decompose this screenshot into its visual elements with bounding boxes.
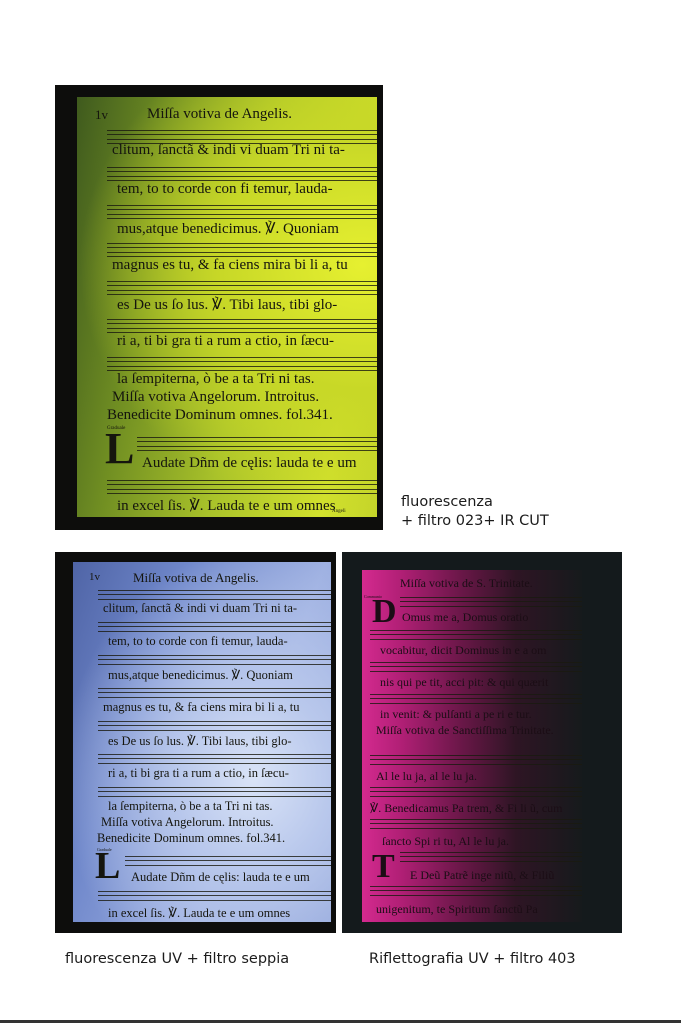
lyric-line: es De us ſo lus. ℣. Tibi laus, tibi glo- — [117, 295, 377, 314]
heading: Miſſa votiva de S. Trinitate. — [400, 576, 582, 591]
lyric-line: in excel ſis. ℣. Lauda te e um omnes — [108, 905, 331, 921]
lyric-line: magnus es tu, & fa ciens mira bi li a, t… — [103, 700, 331, 715]
drop-cap: L — [95, 847, 120, 885]
lyric-line: clitum, ſanctã & indi vi duam Tri ni ta- — [103, 601, 331, 616]
lyric-line: Audate Dñm de cęlis: lauda te e um — [142, 455, 377, 472]
rubric-line: Miſſa votiva Angelorum. Introitus. — [112, 389, 377, 406]
rubric-line: Miſſa votiva Angelorum. Introitus. — [101, 815, 331, 830]
lyric-line: nis qui pe tit, acci pit: & qui quærit — [380, 675, 582, 690]
drop-cap: T — [372, 850, 395, 884]
drop-cap: L — [105, 427, 134, 471]
lyric-line: Audate Dñm de cęlis: lauda te e um — [131, 870, 331, 885]
lyric-line: tem, to to corde con fi temur, lauda- — [108, 634, 331, 649]
lyric-line: tem, to to corde con fi temur, lauda- — [117, 181, 377, 198]
lyric-line: es De us ſo lus. ℣. Tibi laus, tibi glo- — [108, 733, 331, 749]
photo-uv-fluorescence-sepia: 1v Miſſa votiva de Angelis. clitum, ſanc… — [55, 552, 336, 933]
lyric-line: la ſempiterna, ò be a ta Tri ni tas. — [117, 371, 377, 388]
lyric-line: vocabitur, dicit Dominus in e a om — [380, 643, 582, 658]
lyric-line: ℣. Benedicamus Pa trem, & Fi li ũ, cum — [370, 801, 582, 816]
lyric-line: clitum, ſanctã & indi vi duam Tri ni ta- — [112, 142, 377, 159]
lyric-line: ſancto Spi ri tu, Al le lu ja. — [382, 834, 582, 849]
manuscript-page: 1v Miſſa votiva de Angelis. clitum, ſanc… — [73, 562, 331, 922]
lyric-line: Omus me a, Domus oratio — [402, 610, 582, 625]
rubric-line: Miſſa votiva de Sanctiſſima Trinitate. — [376, 723, 582, 738]
photo-fluorescence-ir-cut: 1v Miſſa votiva de Angelis. clitum, ſanc… — [55, 85, 383, 530]
caption-fluorescence-ir-cut: fluorescenza + filtro 023+ IR CUT — [401, 493, 549, 531]
catchword: Angeli — [332, 509, 377, 514]
lyric-line: mus,atque benedicimus. ℣. Quoniam — [117, 219, 377, 238]
gradual-label: Graduale — [97, 847, 331, 852]
lyric-line: ri a, ti bi gra ti a rum a ctio, in ſæcu… — [108, 766, 331, 781]
caption-line: + filtro 023+ IR CUT — [401, 512, 549, 531]
rubric-line: Benedicite Dominum omnes. fol.341. — [97, 831, 331, 846]
caption-uv-reflectography-403: Riflettografia UV + filtro 403 — [369, 950, 576, 969]
photo-uv-reflectography-403: Miſſa votiva de S. Trinitate. Communio D… — [342, 552, 622, 933]
gradual-label: Graduale — [107, 426, 377, 431]
rubric-line: Benedicite Dominum omnes. fol.341. — [107, 407, 377, 424]
heading: Miſſa votiva de Angelis. — [147, 106, 377, 123]
lyric-line: E Deũ Patrẽ inge nitũ, & Filiũ — [410, 868, 582, 883]
heading: Miſſa votiva de Angelis. — [133, 570, 331, 586]
manuscript-page: 1v Miſſa votiva de Angelis. clitum, ſanc… — [77, 97, 377, 517]
lyric-line: in venit: & pulſanti a pe ri e tur. — [380, 707, 582, 722]
lyric-line: mus,atque benedicimus. ℣. Quoniam — [108, 667, 331, 683]
drop-cap: D — [372, 595, 397, 629]
lyric-line: ri a, ti bi gra ti a rum a ctio, in ſæcu… — [117, 333, 377, 350]
lyric-line: unigenitum, te Spiritum ſanctũ Pa — [376, 902, 582, 917]
lyric-line: Al le lu ja, al le lu ja. — [376, 769, 582, 784]
manuscript-page: Miſſa votiva de S. Trinitate. Communio D… — [362, 570, 582, 922]
lyric-line: magnus es tu, & fa ciens mira bi li a, t… — [112, 257, 377, 274]
lyric-line: la ſempiterna, ò be a ta Tri ni tas. — [108, 799, 331, 814]
caption-line: fluorescenza — [401, 493, 549, 512]
caption-uv-fluorescence-sepia: fluorescenza UV + filtro seppia — [65, 950, 289, 969]
